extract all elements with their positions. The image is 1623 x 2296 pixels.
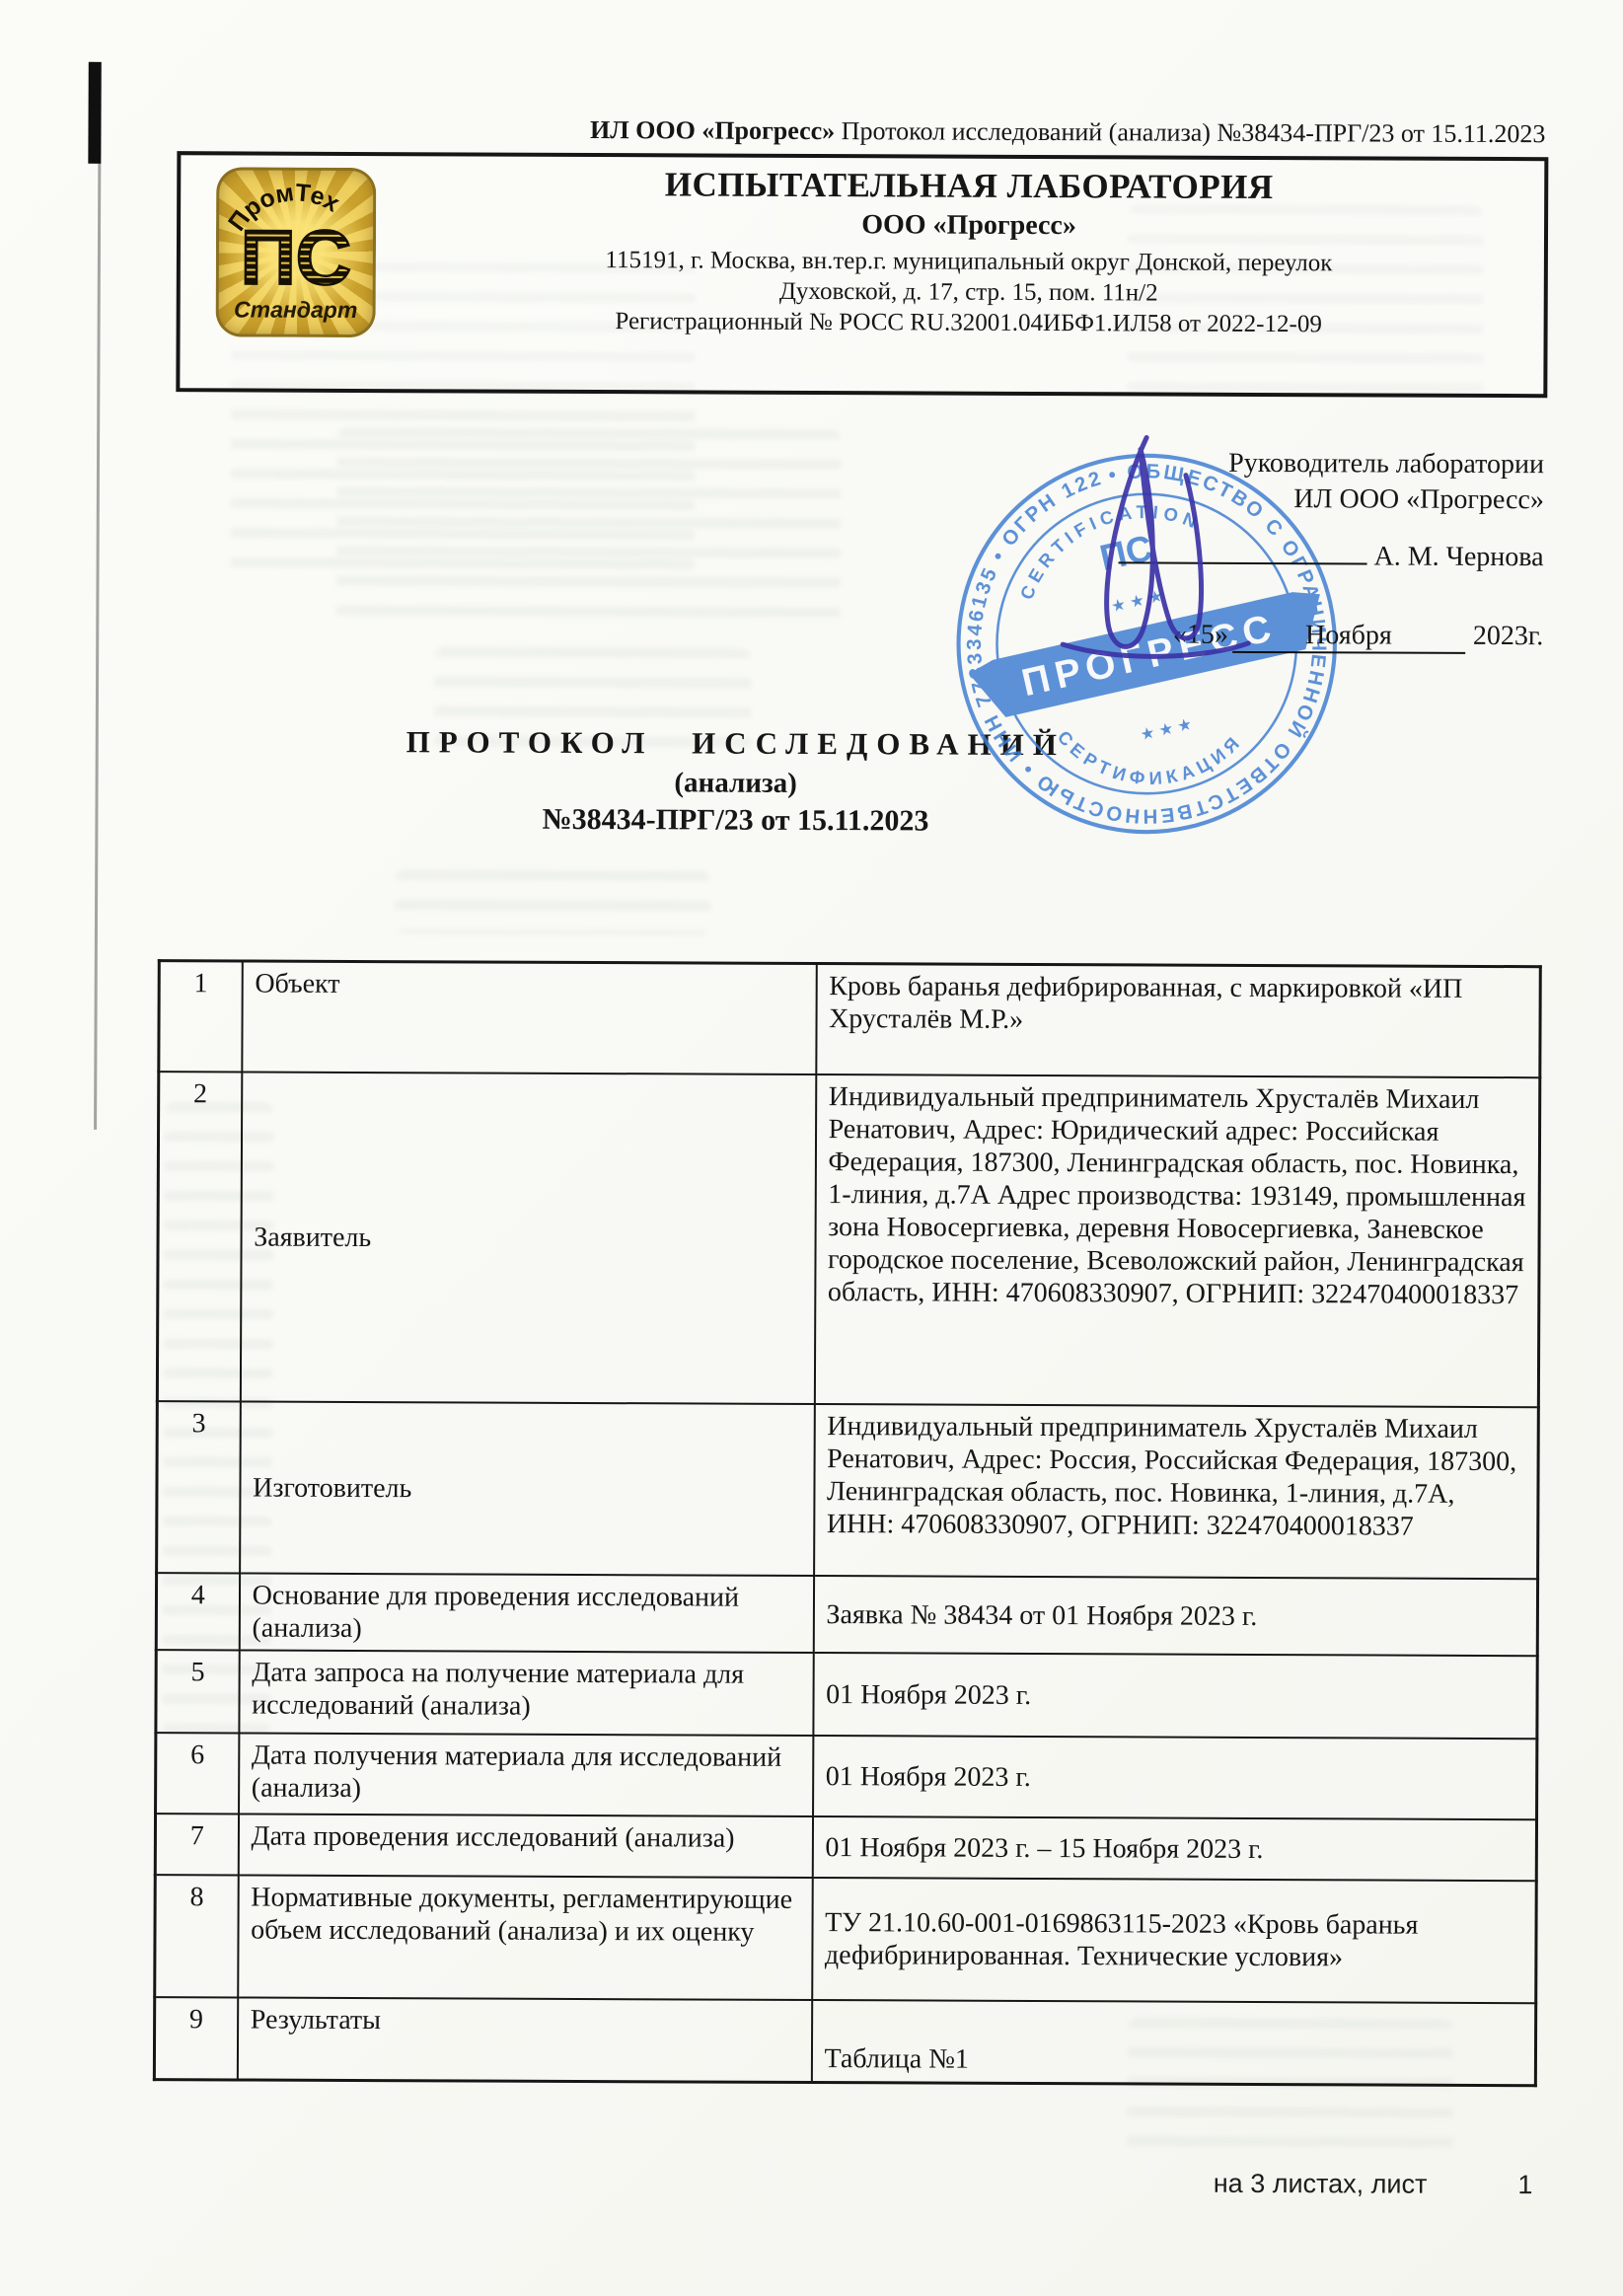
row-number: 5 [156,1650,240,1733]
row-number: 2 [157,1072,242,1401]
table-row: 2ЗаявительИндивидуальный предприниматель… [157,1072,1539,1407]
row-number: 3 [157,1401,241,1573]
lab-header-box: ПромТех ПС Стандарт ИСПЫТАТЕЛЬНАЯ ЛАБОРА… [176,151,1548,398]
sheets-label: на 3 листах, лист [1214,2169,1428,2200]
lab-registration: Регистрационный № РОСС RU.32001.04ИБФ1.И… [394,307,1544,339]
table-row: 6Дата получения материала для исследован… [156,1733,1537,1819]
logo-letters: ПС [241,213,352,300]
approval-month: Ноября [1232,618,1465,654]
table-row: 4Основание для проведения исследований (… [156,1573,1537,1656]
row-label: Основание для проведения исследований (а… [239,1573,813,1653]
lab-address-line1: 115191, г. Москва, вн.тер.г. муниципальн… [394,244,1544,279]
row-value: Таблица №1 [811,2000,1535,2086]
table-row: 3ИзготовительИндивидуальный предпринимат… [157,1401,1539,1579]
row-label: Результаты [238,1997,812,2082]
row-label: Нормативные документы, регламентирующие … [238,1875,812,2000]
protocol-table: 1ОбъектКровь баранья дефибрированная, с … [153,959,1542,2087]
lab-address-line2: Духовской, д. 17, стр. 15, пом. 11н/2 [394,274,1544,310]
page-number: 1 [1517,2170,1532,2200]
running-header-doc: Протокол исследований (анализа) №38434-П… [835,116,1545,148]
table-row: 9РезультатыТаблица №1 [154,1997,1535,2086]
row-value: Заявка № 38434 от 01 Ноября 2023 г. [813,1576,1537,1656]
scan-edge-artifact [88,62,101,164]
row-number: 1 [159,961,243,1073]
row-label: Дата проведения исследований (анализа) [238,1814,812,1878]
row-label: Дата запроса на получение материала для … [239,1650,813,1736]
stamp-stars-bottom: ★ ★ ★ [1139,715,1194,744]
handwritten-signature [1029,423,1257,671]
row-number: 7 [155,1814,238,1875]
running-header-org: ИЛ ООО «Прогресс» [590,115,835,145]
row-number: 6 [156,1733,240,1814]
row-label: Изготовитель [240,1401,815,1576]
row-value: 01 Ноября 2023 г. [813,1653,1537,1739]
row-number: 9 [154,1997,238,2080]
table-row: 5Дата запроса на получение материала для… [156,1650,1537,1739]
row-label: Объект [242,961,816,1074]
running-header: ИЛ ООО «Прогресс» Протокол исследований … [161,113,1545,149]
row-value: ТУ 21.10.60-001-0169863115-2023 «Кровь б… [812,1878,1536,2003]
promtech-standart-logo: ПромТех ПС Стандарт [216,167,377,337]
table-row: 1ОбъектКровь баранья дефибрированная, с … [159,961,1540,1078]
table-row: 7Дата проведения исследований (анализа)0… [155,1814,1536,1881]
row-value: 01 Ноября 2023 г. [813,1736,1537,1819]
page-footer: на 3 листах, лист 1 [152,2164,1532,2200]
row-label: Дата получения материала для исследовани… [239,1733,813,1816]
logo-bottom-text: Стандарт [234,296,357,323]
lab-header-text: ИСПЫТАТЕЛЬНАЯ ЛАБОРАТОРИЯ ООО «Прогресс»… [394,156,1545,339]
row-label: Заявитель [241,1072,816,1404]
lab-org: ООО «Прогресс» [394,207,1544,244]
table-row: 8Нормативные документы, регламентирующие… [155,1875,1537,2003]
row-number: 4 [156,1573,239,1650]
protocol-table-body: 1ОбъектКровь баранья дефибрированная, с … [154,961,1540,2086]
logo-graphic: ПромТех ПС Стандарт [216,167,377,337]
bleed-through-smudge [336,428,841,637]
row-value: Индивидуальный предприниматель Хрусталёв… [814,1074,1539,1407]
approval-year: 2023г. [1473,619,1543,654]
approver-name: А. М. Чернова [1374,541,1544,572]
document-sheet: ИЛ ООО «Прогресс» Протокол исследований … [0,0,1623,2296]
lab-title: ИСПЫТАТЕЛЬНАЯ ЛАБОРАТОРИЯ [394,164,1544,208]
row-number: 8 [155,1875,239,1997]
row-value: Кровь баранья дефибрированная, с маркиро… [816,964,1540,1078]
row-value: 01 Ноября 2023 г. – 15 Ноября 2023 г. [812,1816,1536,1881]
row-value: Индивидуальный предприниматель Хрусталёв… [814,1404,1539,1579]
bleed-through-smudge [395,870,710,934]
scanned-protocol-page: ИЛ ООО «Прогресс» Протокол исследований … [0,0,1623,2296]
scan-edge-line [94,163,101,1130]
